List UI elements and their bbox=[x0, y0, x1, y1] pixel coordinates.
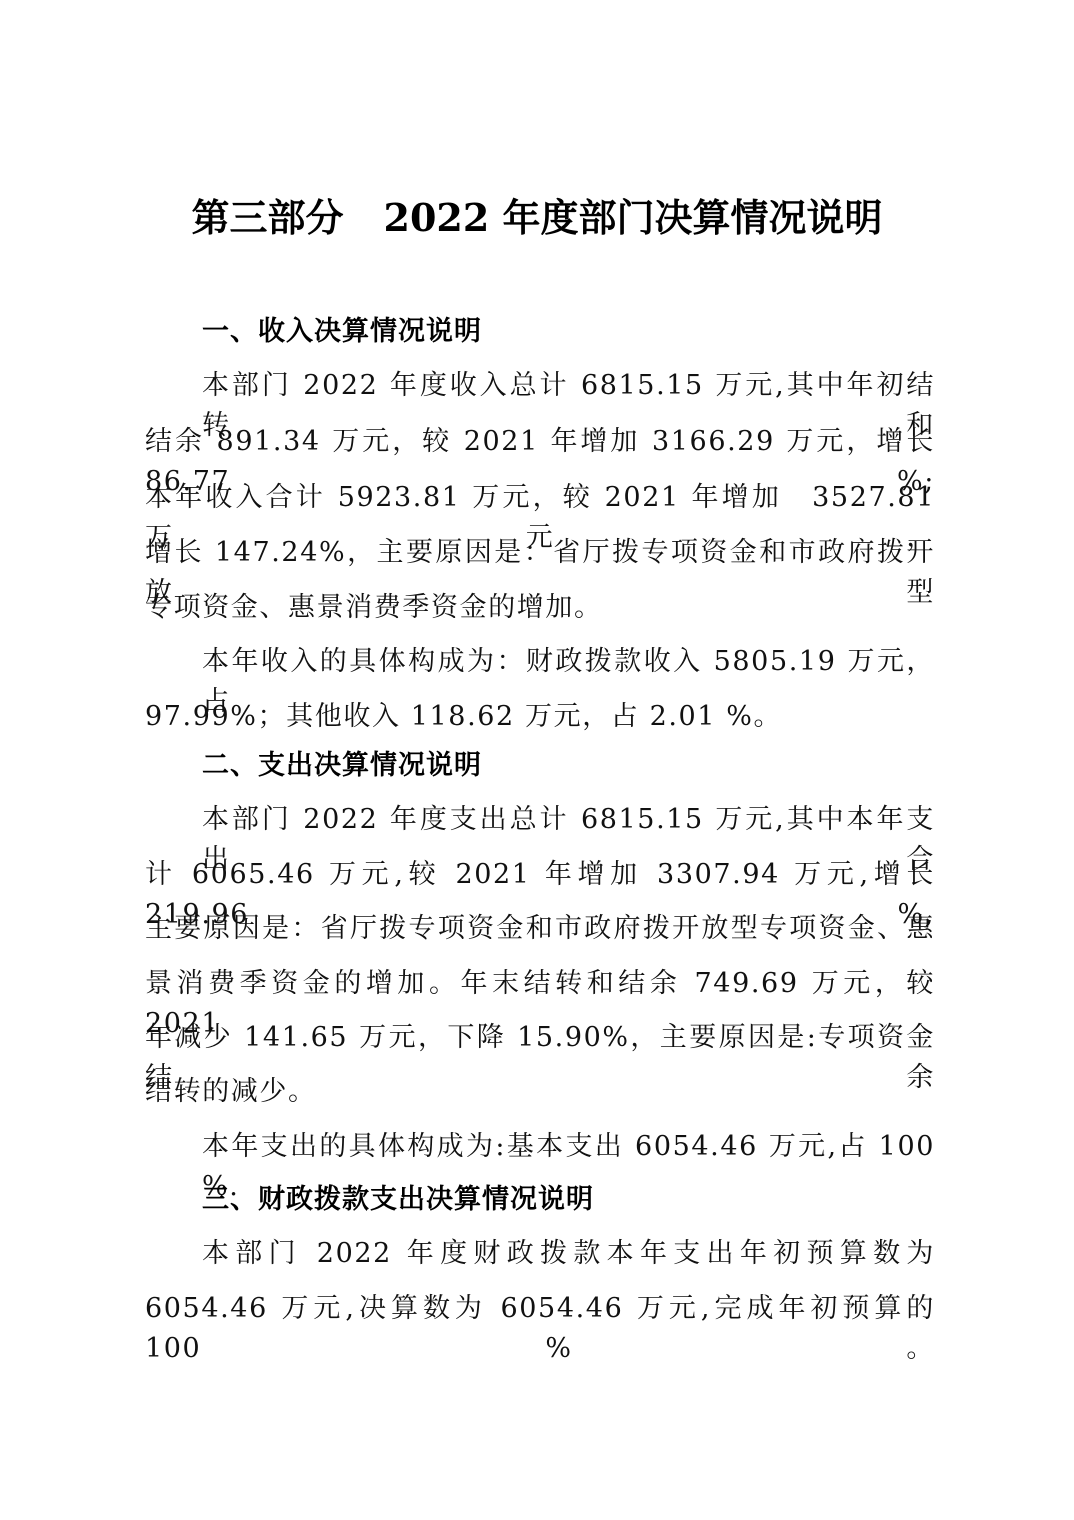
section-heading-fiscal-appropriation: 三、财政拨款支出决算情况说明 bbox=[202, 1180, 594, 1220]
paragraph-line: 本部门 2022 年度财政拨款本年支出年初预算数为 bbox=[202, 1234, 935, 1274]
section-heading-expenditure: 二、支出决算情况说明 bbox=[202, 746, 482, 786]
title-main: 2022 年度部门决算情况说明 bbox=[384, 195, 883, 240]
paragraph-line: 专项资金、惠景消费季资金的增加。 bbox=[145, 588, 935, 628]
document-page: 第三部分2022 年度部门决算情况说明 一、收入决算情况说明 本部门 2022 … bbox=[0, 0, 1074, 1520]
page-title: 第三部分2022 年度部门决算情况说明 bbox=[0, 190, 1074, 246]
paragraph-line: 结转的减少。 bbox=[145, 1072, 935, 1112]
title-part: 第三部分 bbox=[191, 195, 343, 240]
paragraph-line: 6054.46 万元,决算数为 6054.46 万元,完成年初预算的 100 %… bbox=[145, 1289, 935, 1369]
paragraph-line: 主要原因是：省厅拨专项资金和市政府拨开放型专项资金、惠 bbox=[145, 909, 935, 949]
paragraph-line: 97.99%；其他收入 118.62 万元，占 2.01 %。 bbox=[145, 697, 935, 737]
section-heading-income: 一、收入决算情况说明 bbox=[202, 312, 482, 352]
